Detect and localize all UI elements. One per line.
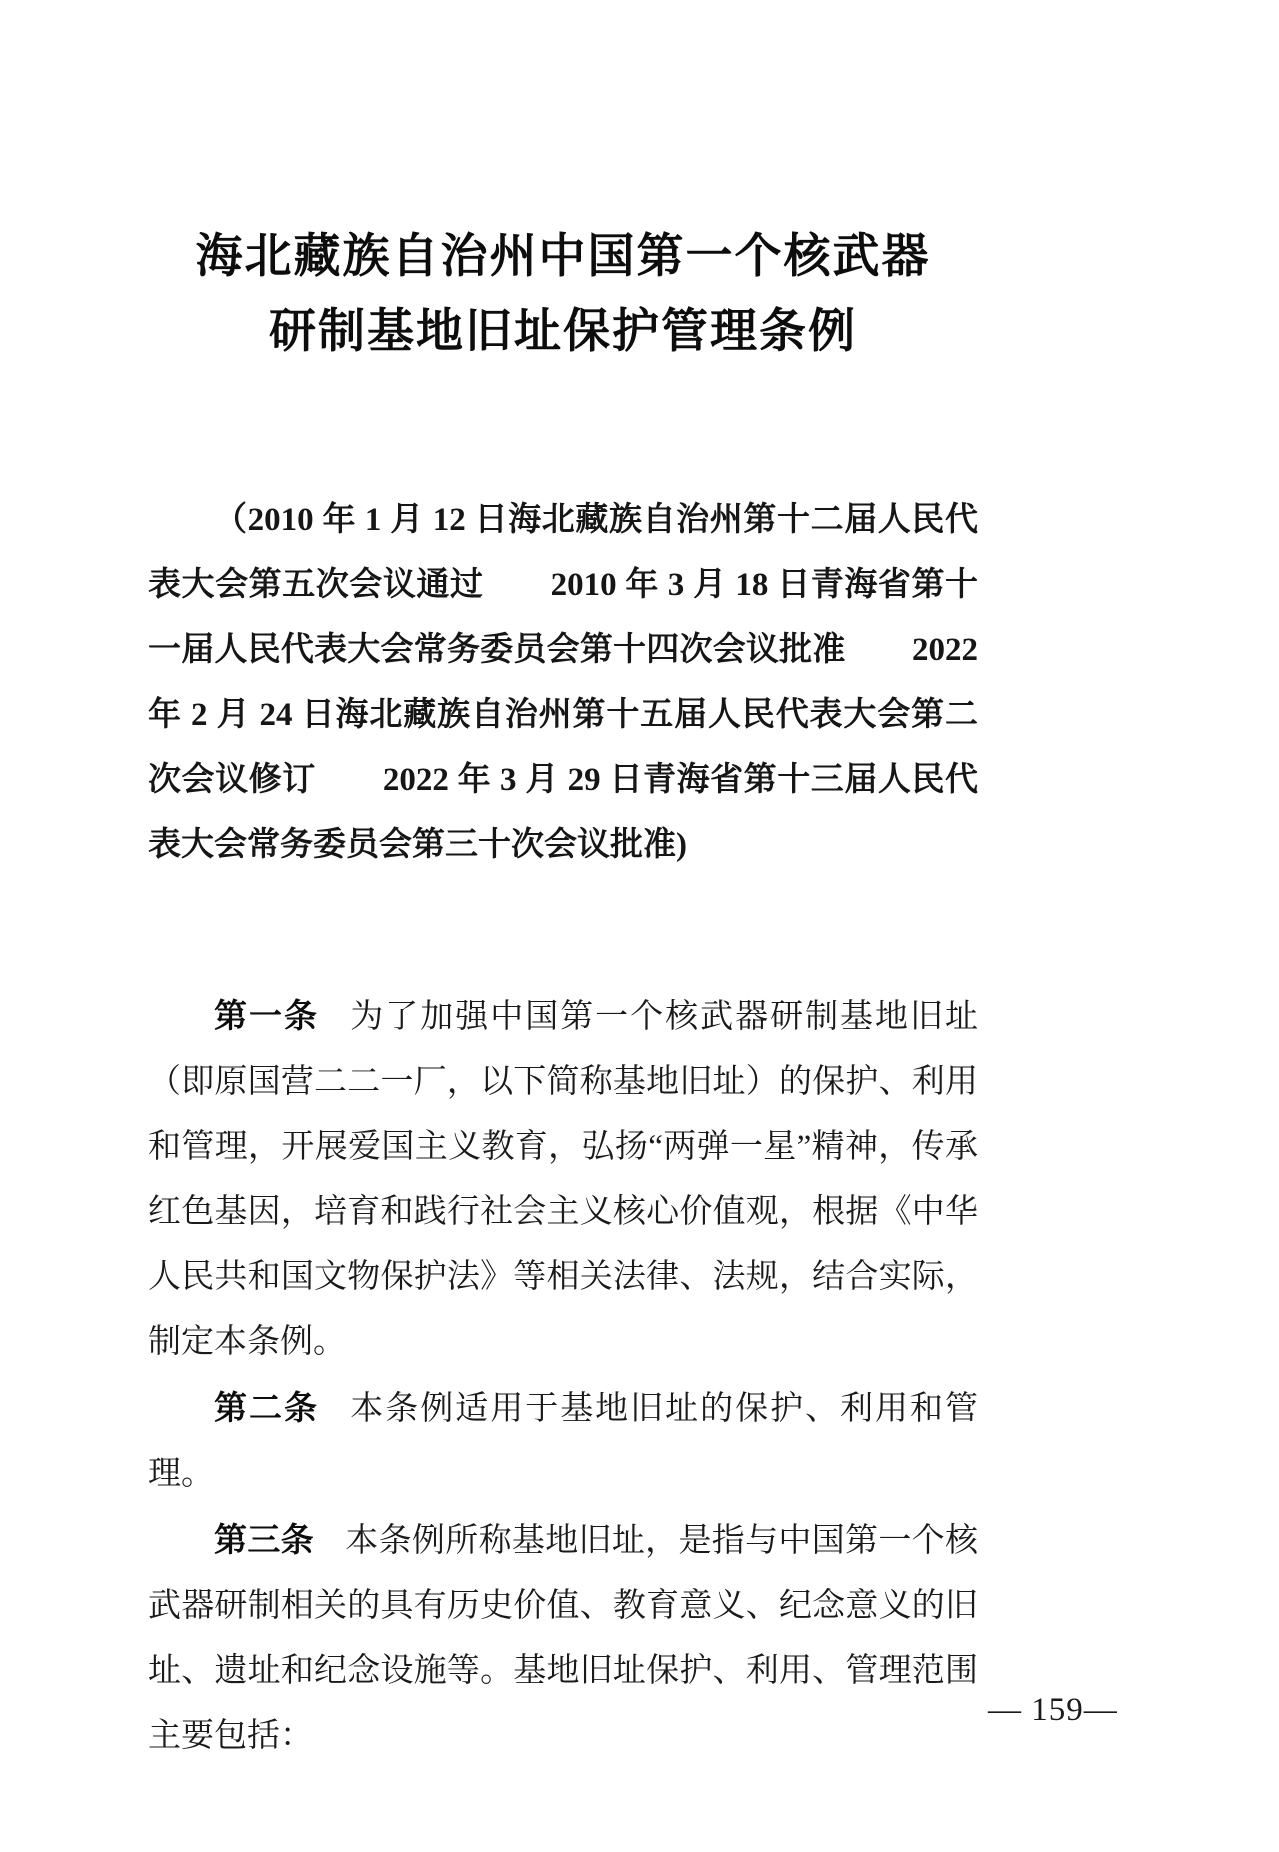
articles-section: 第一条为了加强中国第一个核武器研制基地旧址（即原国营二二一厂，以下简称基地旧址）… <box>148 983 978 1769</box>
article-2: 第二条本条例适用于基地旧址的保护、利用和管理。 <box>148 1375 978 1507</box>
document-title-line-1: 海北藏族自治州中国第一个核武器 <box>148 220 978 295</box>
enactment-note: （2010 年 1 月 12 日海北藏族自治州第十二届人民代表大会第五次会议通过… <box>148 488 978 878</box>
article-1-text: 为了加强中国第一个核武器研制基地旧址（即原国营二二一厂，以下简称基地旧址）的保护… <box>148 999 978 1360</box>
regulation-content: 海北藏族自治州中国第一个核武器 研制基地旧址保护管理条例 （2010 年 1 月… <box>148 0 978 1769</box>
document-title-line-2: 研制基地旧址保护管理条例 <box>148 295 978 370</box>
article-3: 第三条本条例所称基地旧址，是指与中国第一个核武器研制相关的具有历史价值、教育意义… <box>148 1507 978 1769</box>
article-3-label: 第三条 <box>214 1521 314 1558</box>
article-1-label: 第一条 <box>214 997 319 1034</box>
page-number: — 159— <box>988 1690 1118 1730</box>
article-2-label: 第二条 <box>214 1389 319 1426</box>
document-title: 海北藏族自治州中国第一个核武器 研制基地旧址保护管理条例 <box>148 0 978 370</box>
article-1: 第一条为了加强中国第一个核武器研制基地旧址（即原国营二二一厂，以下简称基地旧址）… <box>148 983 978 1375</box>
document-page: 海北藏族自治州中国第一个核武器 研制基地旧址保护管理条例 （2010 年 1 月… <box>0 0 1279 1852</box>
